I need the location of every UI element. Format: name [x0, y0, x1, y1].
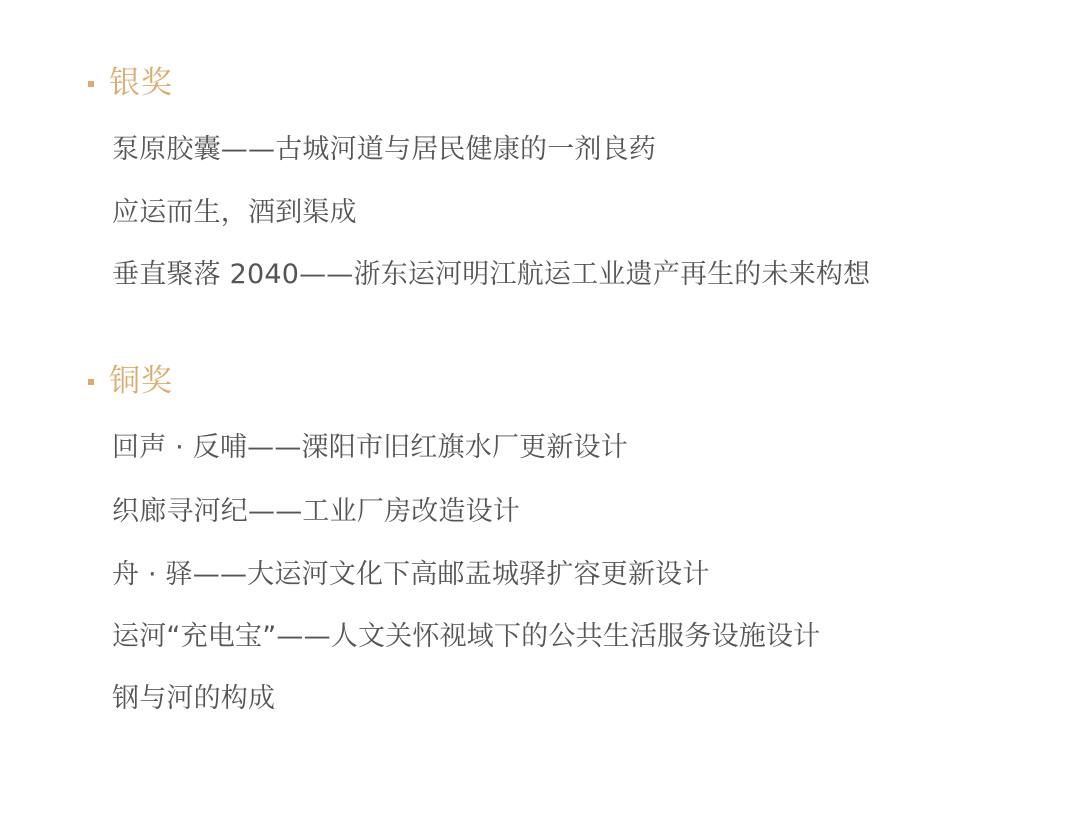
bullet-icon	[88, 379, 94, 385]
list-item: 运河“充电宝”——人文关怀视域下的公共生活服务设施设计	[112, 617, 820, 657]
list-item: 织廊寻河纪——工业厂房改造设计	[112, 492, 520, 532]
list-item: 泵原胶囊——古城河道与居民健康的一剂良药	[112, 130, 656, 170]
section-heading: 银奖	[88, 61, 173, 105]
section-title: 银奖	[109, 61, 173, 105]
bullet-icon	[88, 81, 94, 87]
list-item: 钢与河的构成	[112, 679, 275, 719]
list-item: 垂直聚落 2040——浙东运河明江航运工业遗产再生的未来构想	[112, 255, 870, 295]
section-heading: 铜奖	[88, 359, 173, 403]
section-title: 铜奖	[109, 359, 173, 403]
list-item: 舟 · 驿——大运河文化下高邮盂城驿扩容更新设计	[112, 555, 710, 595]
list-item: 应运而生，酒到渠成	[112, 193, 357, 233]
list-item: 回声 · 反哺——溧阳市旧红旗水厂更新设计	[112, 428, 628, 468]
